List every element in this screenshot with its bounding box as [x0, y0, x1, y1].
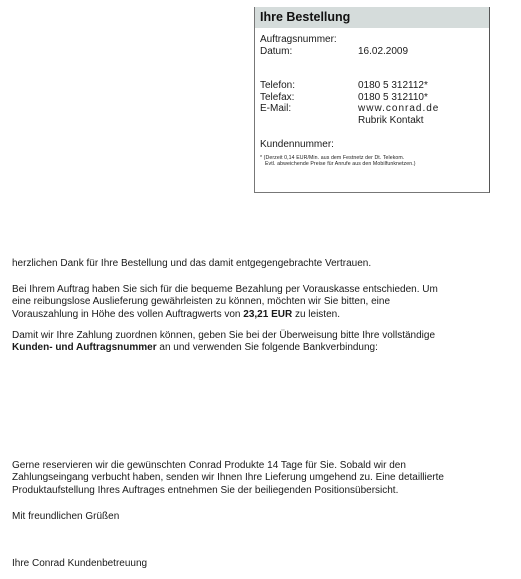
- phone-cost-footnote: * (Derzeit 0,14 EUR/Min. aus dem Festnet…: [260, 155, 489, 167]
- phone-value: 0180 5 312112*: [358, 80, 428, 92]
- order-info-box: Ihre Bestellung Auftragsnummer: Datum: 1…: [254, 7, 490, 193]
- reference-numbers: Kunden- und Auftragsnummer: [12, 342, 157, 353]
- bank-transfer-paragraph: Damit wir Ihre Zahlung zuordnen können, …: [12, 330, 502, 355]
- prepayment-paragraph: Bei Ihrem Auftrag haben Sie sich für die…: [12, 284, 502, 321]
- fax-label: Telefax:: [260, 92, 358, 104]
- order-box-title: Ihre Bestellung: [255, 7, 489, 28]
- fax-row: Telefax: 0180 5 312110*: [260, 92, 489, 104]
- closing: Mit freundlichen Grüßen: [12, 511, 502, 523]
- email-row: E-Mail: www.conrad.de: [260, 103, 489, 115]
- date-label: Datum:: [260, 46, 358, 58]
- email-label: E-Mail:: [260, 103, 358, 115]
- phone-label: Telefon:: [260, 80, 358, 92]
- contact-section-value: Rubrik Kontakt: [358, 115, 424, 127]
- phone-row: Telefon: 0180 5 312112*: [260, 80, 489, 92]
- order-number-label: Auftragsnummer:: [260, 34, 358, 46]
- contact-section-row: Rubrik Kontakt: [260, 115, 489, 127]
- thanks-paragraph: herzlichen Dank für Ihre Bestellung und …: [12, 258, 502, 270]
- amount-due: 23,21 EUR: [243, 309, 292, 320]
- signature: Ihre Conrad Kundenbetreuung: [12, 558, 502, 570]
- order-number-row: Auftragsnummer:: [260, 34, 489, 46]
- email-value[interactable]: www.conrad.de: [358, 103, 439, 115]
- fax-value: 0180 5 312110*: [358, 92, 428, 104]
- customer-number-label: Kundennummer:: [260, 139, 489, 151]
- date-row: Datum: 16.02.2009: [260, 46, 489, 58]
- reservation-paragraph: Gerne reservieren wir die gewünschten Co…: [12, 460, 502, 497]
- date-value: 16.02.2009: [358, 46, 408, 58]
